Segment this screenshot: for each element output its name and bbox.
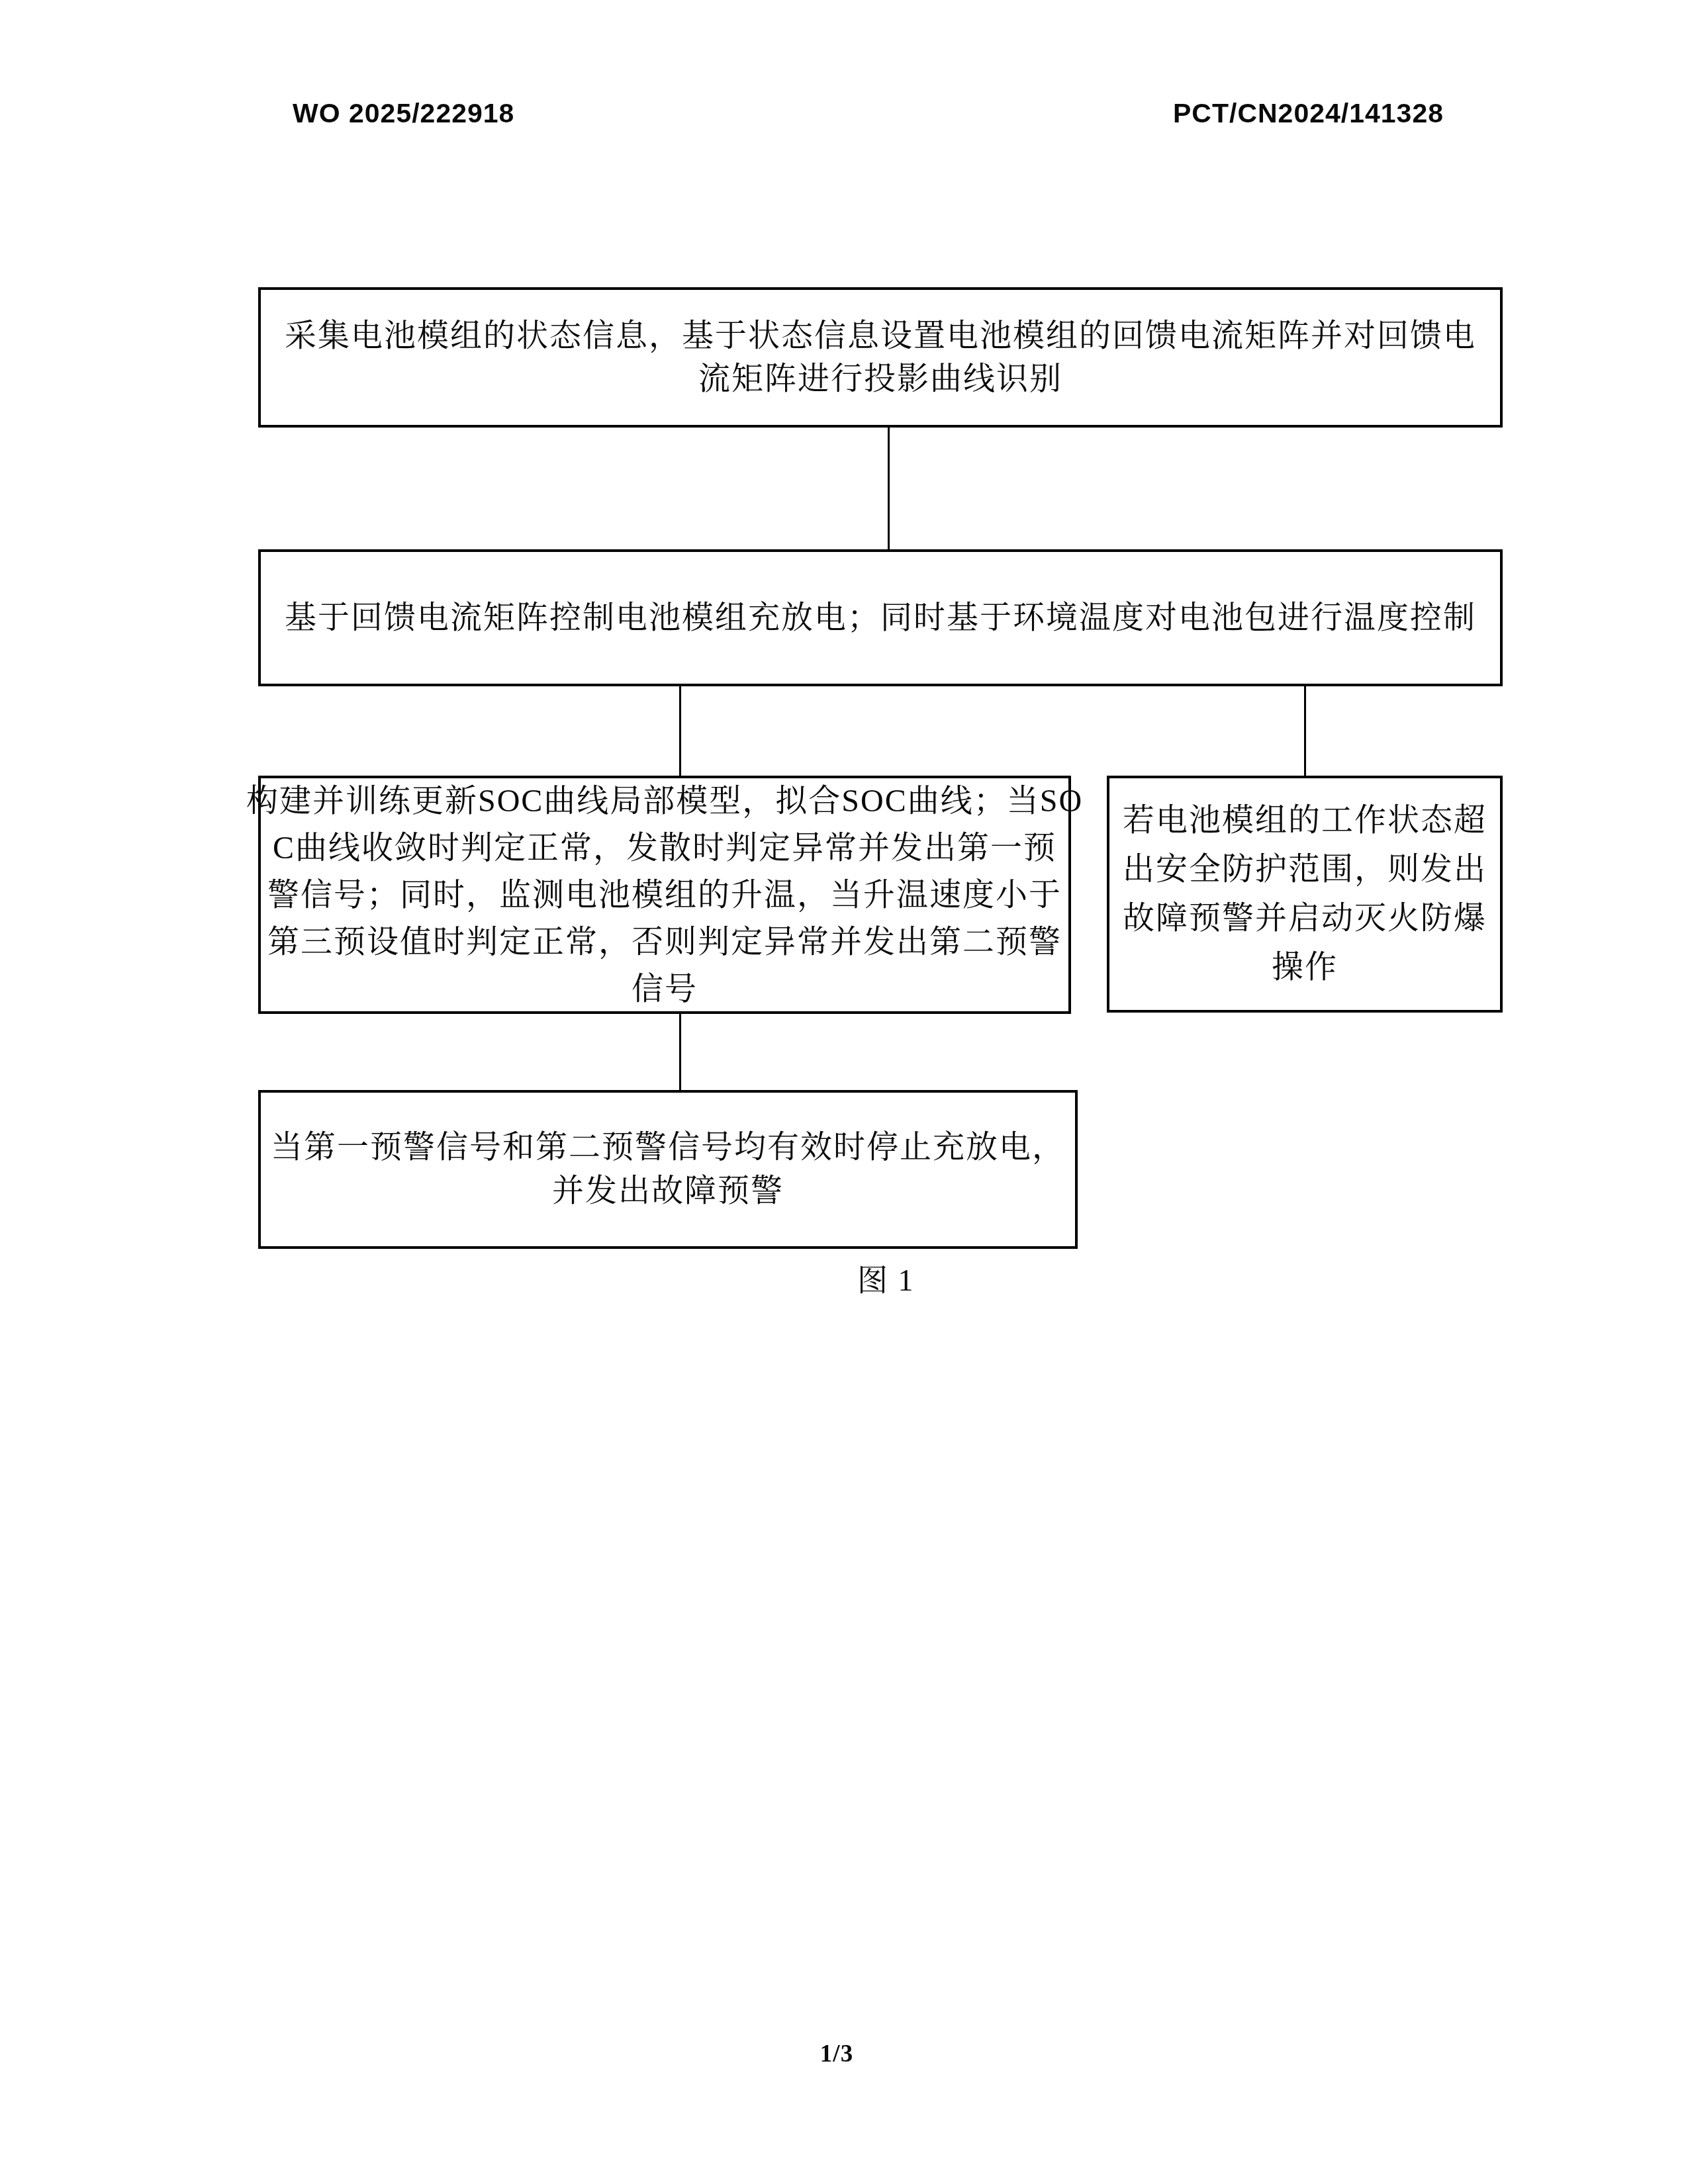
step-3-left-line-1: 构建并训练更新SOC曲线局部模型，拟合SOC曲线；当SO <box>246 778 1083 825</box>
step-3-right-line-1: 若电池模组的工作状态超 <box>1123 796 1487 845</box>
connector-step3-left-step4 <box>679 1014 681 1090</box>
step-3-left-line-4: 第三预设值时判定正常，否则判定异常并发出第二预警 <box>267 919 1062 966</box>
step-3-right-line-4: 操作 <box>1272 943 1338 992</box>
flowchart-step-2: 基于回馈电流矩阵控制电池模组充放电；同时基于环境温度对电池包进行温度控制 <box>258 549 1503 686</box>
header-publication-number: WO 2025/222918 <box>293 98 514 129</box>
step-1-line-2: 流矩阵进行投影曲线识别 <box>698 357 1062 400</box>
flowchart-step-3-right: 若电池模组的工作状态超 出安全防护范围，则发出 故障预警并启动灭火防爆 操作 <box>1107 776 1503 1013</box>
step-1-line-1: 采集电池模组的状态信息，基于状态信息设置电池模组的回馈电流矩阵并对回馈电 <box>285 314 1476 357</box>
step-3-right-line-3: 故障预警并启动灭火防爆 <box>1123 894 1487 943</box>
step-3-right-line-2: 出安全防护范围，则发出 <box>1123 845 1487 894</box>
connector-step1-step2 <box>888 428 890 549</box>
connector-step2-step3-left <box>679 686 681 776</box>
patent-page: WO 2025/222918 PCT/CN2024/141328 采集电池模组的… <box>0 0 1688 2184</box>
flowchart-step-4: 当第一预警信号和第二预警信号均有效时停止充放电， 并发出故障预警 <box>258 1090 1078 1249</box>
header-application-number: PCT/CN2024/141328 <box>1173 98 1444 129</box>
step-3-left-line-2: C曲线收敛时判定正常，发散时判定异常并发出第一预 <box>273 825 1056 872</box>
figure-caption: 图 1 <box>857 1256 915 1300</box>
step-3-left-line-5: 信号 <box>632 966 698 1013</box>
page-number: 1/3 <box>0 2040 1673 2068</box>
step-3-left-line-3: 警信号；同时，监测电池模组的升温，当升温速度小于 <box>267 872 1062 919</box>
step-4-line-1: 当第一预警信号和第二预警信号均有效时停止充放电， <box>271 1126 1065 1169</box>
step-4-line-2: 并发出故障预警 <box>552 1169 784 1213</box>
step-2-line-1: 基于回馈电流矩阵控制电池模组充放电；同时基于环境温度对电池包进行温度控制 <box>285 596 1476 639</box>
connector-step2-step3-right <box>1304 686 1306 776</box>
flowchart-step-3-left: 构建并训练更新SOC曲线局部模型，拟合SOC曲线；当SO C曲线收敛时判定正常，… <box>258 776 1071 1014</box>
flowchart-step-1: 采集电池模组的状态信息，基于状态信息设置电池模组的回馈电流矩阵并对回馈电 流矩阵… <box>258 287 1503 428</box>
